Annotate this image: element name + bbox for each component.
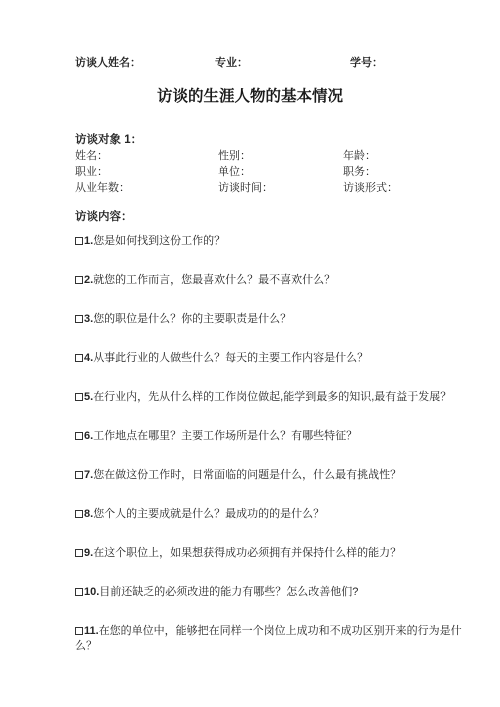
question-item: 10.目前还缺乏的必须改进的能力有哪些？怎么改善他们? <box>75 585 464 600</box>
question-item: 4.从事此行业的人做些什么？每天的主要工作内容是什么？ <box>75 351 464 366</box>
field-label-interview-format: 访谈形式： <box>343 180 464 196</box>
student-id-label: 学号： <box>350 57 464 70</box>
question-text: 您个人的主要成就是什么？最成功的的是什么？ <box>93 508 324 520</box>
question-number: 2. <box>84 274 93 286</box>
header-fields: 访谈人姓名： 专业： 学号： <box>75 57 464 70</box>
field-label-years-of-work: 从业年数： <box>75 180 218 196</box>
checkbox-icon[interactable] <box>75 549 83 557</box>
question-item: 7.您在做这份工作时，日常面临的问题是什么，什么最有挑战性？ <box>75 468 464 483</box>
page-title: 访谈的生涯人物的基本情况 <box>0 87 500 107</box>
question-text: 就您的工作而言，您最喜欢什么？最不喜欢什么？ <box>93 274 335 286</box>
field-label-age: 年龄： <box>343 148 464 164</box>
checkbox-icon[interactable] <box>75 315 83 323</box>
question-number: 1. <box>84 235 93 247</box>
question-item: 11.在您的单位中，能够把在同样一个岗位上成功和不成功区别开来的行为是什么？ <box>75 624 464 654</box>
question-text: 在这个职位上，如果想获得成功必须拥有并保持什么样的能力？ <box>93 547 401 559</box>
question-number: 5. <box>84 391 93 403</box>
question-text: 您是如何找到这份工作的？ <box>93 235 225 247</box>
checkbox-icon[interactable] <box>75 237 83 245</box>
subject-section-heading: 访谈对象 1： <box>75 132 464 148</box>
question-item: 1.您是如何找到这份工作的？ <box>75 234 464 249</box>
checkbox-icon[interactable] <box>75 588 83 596</box>
checkbox-icon[interactable] <box>75 432 83 440</box>
checkbox-icon[interactable] <box>75 510 83 518</box>
question-list: 1.您是如何找到这份工作的？ 2.就您的工作而言，您最喜欢什么？最不喜欢什么？ … <box>75 234 464 654</box>
field-label-unit: 单位： <box>218 164 343 180</box>
question-item: 3.您的职位是什么？你的主要职责是什么？ <box>75 312 464 327</box>
question-text: 从事此行业的人做些什么？每天的主要工作内容是什么？ <box>93 352 368 364</box>
checkbox-icon[interactable] <box>75 276 83 284</box>
content-section-heading: 访谈内容： <box>75 209 464 225</box>
checkbox-icon[interactable] <box>75 471 83 479</box>
major-label: 专业： <box>215 57 350 70</box>
question-number: 11. <box>84 625 99 637</box>
question-number: 9. <box>84 547 93 559</box>
question-number: 6. <box>84 430 93 442</box>
question-text: 工作地点在哪里？主要工作场所是什么？有哪些特征？ <box>93 430 357 442</box>
question-text: 在行业内，先从什么样的工作岗位做起,能学到最多的知识,最有益于发展？ <box>93 391 451 403</box>
document-page: 访谈人姓名： 专业： 学号： 访谈的生涯人物的基本情况 访谈对象 1： 姓名： … <box>0 0 500 707</box>
question-item: 6.工作地点在哪里？主要工作场所是什么？有哪些特征？ <box>75 429 464 444</box>
question-text: 在您的单位中，能够把在同样一个岗位上成功和不成功区别开来的行为是什么？ <box>75 625 462 652</box>
field-label-gender: 性别： <box>218 148 343 164</box>
question-number: 10. <box>84 586 99 598</box>
field-label-occupation: 职业： <box>75 164 218 180</box>
question-item: 2.就您的工作而言，您最喜欢什么？最不喜欢什么？ <box>75 273 464 288</box>
checkbox-icon[interactable] <box>75 627 83 635</box>
field-label-interview-time: 访谈时间： <box>218 180 343 196</box>
question-text: 您的职位是什么？你的主要职责是什么？ <box>93 313 291 325</box>
question-text: 目前还缺乏的必须改进的能力有哪些？怎么改善他们? <box>99 586 358 598</box>
question-number: 7. <box>84 469 93 481</box>
question-number: 4. <box>84 352 93 364</box>
subject-info-grid: 姓名： 性别： 年龄： 职业： 单位： 职务： 从业年数： 访谈时间： 访谈形式… <box>75 148 464 196</box>
question-item: 9.在这个职位上，如果想获得成功必须拥有并保持什么样的能力？ <box>75 546 464 561</box>
field-label-position: 职务： <box>343 164 464 180</box>
question-number: 8. <box>84 508 93 520</box>
field-label-name: 姓名： <box>75 148 218 164</box>
checkbox-icon[interactable] <box>75 393 83 401</box>
question-item: 5.在行业内，先从什么样的工作岗位做起,能学到最多的知识,最有益于发展？ <box>75 390 464 405</box>
interviewer-name-label: 访谈人姓名： <box>75 57 215 70</box>
question-text: 您在做这份工作时，日常面临的问题是什么，什么最有挑战性？ <box>93 469 401 481</box>
checkbox-icon[interactable] <box>75 354 83 362</box>
question-number: 3. <box>84 313 93 325</box>
question-item: 8.您个人的主要成就是什么？最成功的的是什么？ <box>75 507 464 522</box>
